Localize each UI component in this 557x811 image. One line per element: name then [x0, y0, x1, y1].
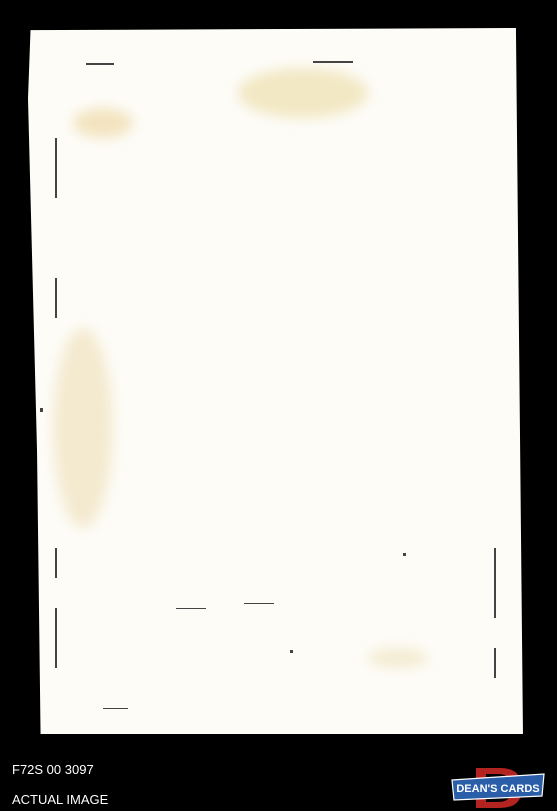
print-mark: [55, 278, 57, 318]
print-mark: [176, 608, 206, 609]
print-mark: [403, 553, 406, 556]
stain: [53, 328, 113, 528]
deans-cards-logo: DEAN'S CARDS: [450, 766, 546, 810]
print-mark: [55, 138, 57, 198]
print-mark: [40, 408, 43, 412]
print-mark: [55, 548, 57, 578]
stain: [73, 108, 133, 138]
print-mark: [290, 650, 293, 653]
actual-image-label: ACTUAL IMAGE: [12, 792, 108, 807]
print-mark: [494, 648, 496, 678]
stain: [238, 68, 368, 118]
sku-label: F72S 00 3097: [12, 762, 94, 777]
logo-text: DEAN'S CARDS: [456, 783, 539, 795]
print-mark: [494, 548, 496, 618]
print-mark: [244, 603, 274, 604]
print-mark: [55, 608, 57, 668]
card-back-image: [28, 28, 530, 734]
print-mark: [313, 61, 353, 63]
print-mark: [86, 63, 114, 65]
print-mark: [103, 708, 128, 709]
stain: [368, 648, 428, 668]
